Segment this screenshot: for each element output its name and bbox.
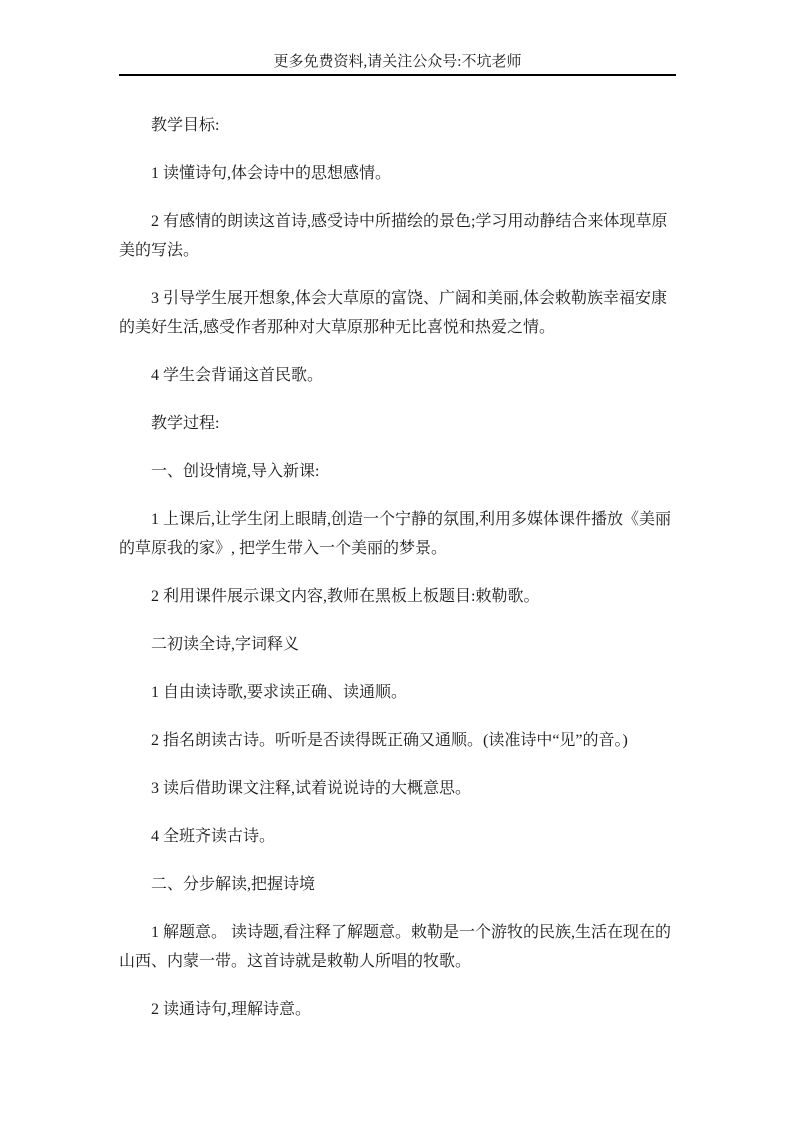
paragraph: 二、分步解读,把握诗境 xyxy=(119,870,676,899)
paragraph: 4 全班齐读古诗。 xyxy=(119,822,676,851)
header-note: 更多免费资料,请关注公众号:不坑老师 xyxy=(274,54,522,70)
paragraph: 3 读后借助课文注释,试着说说诗的大概意思。 xyxy=(119,774,676,803)
paragraph: 1 读懂诗句,体会诗中的思想感情。 xyxy=(119,159,676,188)
page-header: 更多免费资料,请关注公众号:不坑老师 xyxy=(119,0,676,76)
paragraph: 1 上课后,让学生闭上眼睛,创造一个宁静的氛围,利用多媒体课件播放《美丽的草原我… xyxy=(119,505,676,563)
paragraph: 2 指名朗读古诗。听听是否读得既正确又通顺。(读准诗中“见”的音。) xyxy=(119,726,676,755)
paragraph: 一、创设情境,导入新课: xyxy=(119,457,676,486)
paragraph: 教学过程: xyxy=(119,409,676,438)
paragraph: 2 有感情的朗读这首诗,感受诗中所描绘的景色;学习用动静结合来体现草原美的写法。 xyxy=(119,207,676,265)
paragraph: 1 自由读诗歌,要求读正确、读通顺。 xyxy=(119,678,676,707)
document-page: 更多免费资料,请关注公众号:不坑老师 教学目标:1 读懂诗句,体会诗中的思想感情… xyxy=(0,0,793,1122)
paragraph: 4 学生会背诵这首民歌。 xyxy=(119,361,676,390)
paragraph: 2 利用课件展示课文内容,教师在黑板上板题目:敕勒歌。 xyxy=(119,582,676,611)
paragraph: 教学目标: xyxy=(119,111,676,140)
paragraph: 3 引导学生展开想象,体会大草原的富饶、广阔和美丽,体会敕勒族幸福安康的美好生活… xyxy=(119,284,676,342)
paragraph: 2 读通诗句,理解诗意。 xyxy=(119,995,676,1024)
document-body: 教学目标:1 读懂诗句,体会诗中的思想感情。2 有感情的朗读这首诗,感受诗中所描… xyxy=(119,76,676,1024)
paragraph: 二初读全诗,字词释义 xyxy=(119,630,676,659)
paragraph: 1 解题意。 读诗题,看注释了解题意。敕勒是一个游牧的民族,生活在现在的山西、内… xyxy=(119,918,676,976)
